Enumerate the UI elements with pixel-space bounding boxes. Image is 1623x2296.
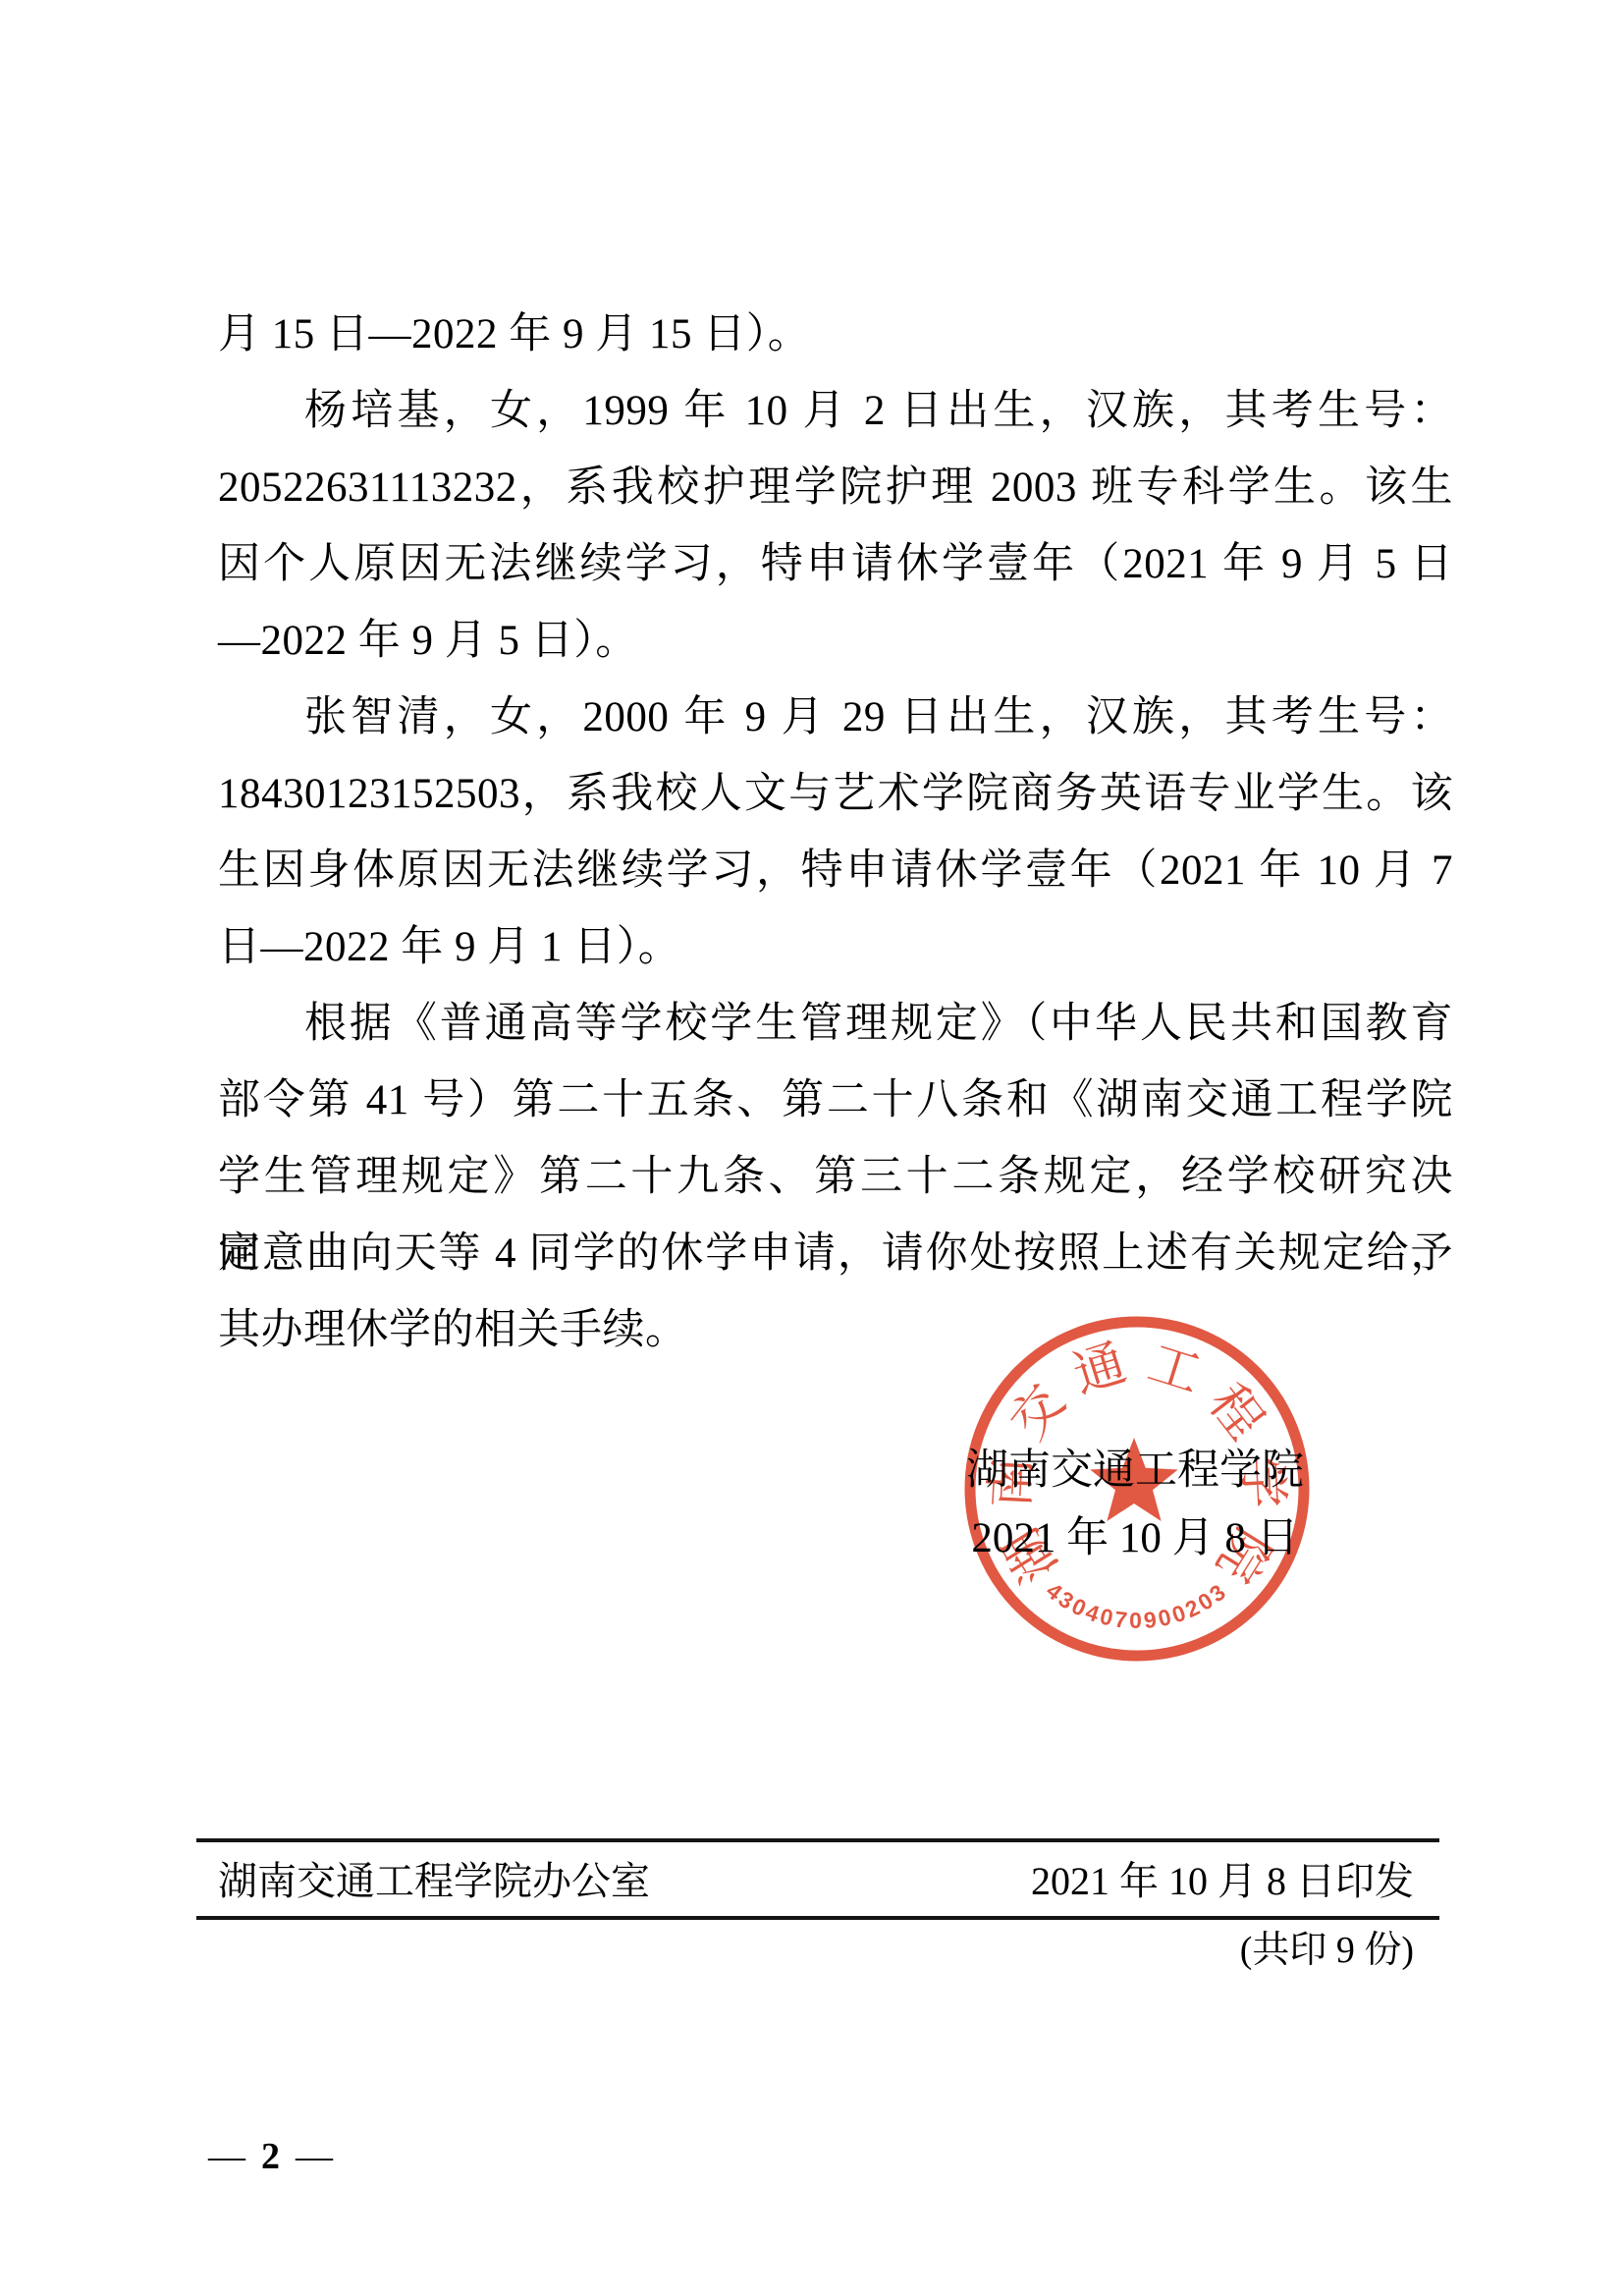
- stamp-code: 4304070900203: [1042, 1577, 1233, 1633]
- footer-issue-date: 2021 年 10 月 8 日印发: [1031, 1850, 1414, 1913]
- body-line: 同意曲向天等 4 同学的休学申请，请你处按照上述有关规定给予: [218, 1216, 1453, 1292]
- body-line: 根据《普通高等学校学生管理规定》（中华人民共和国教育: [218, 986, 1453, 1063]
- body-line: 部令第 41 号）第二十五条、第二十八条和《湖南交通工程学院: [218, 1063, 1453, 1139]
- stamp-ring-char: 南: [983, 1455, 1042, 1509]
- page-number: —2—: [208, 2127, 333, 2186]
- official-stamp-icon: 湖南交通工程学院 4304070900203: [950, 1302, 1324, 1675]
- body-line: 生因身体原因无法继续学习，特申请休学壹年（2021 年 10 月 7: [218, 833, 1453, 909]
- body-line: 学生管理规定》第二十九条、第三十二条规定，经学校研究决定，: [218, 1139, 1453, 1216]
- body-line: 日—2022 年 9 月 1 日）。: [218, 909, 1453, 986]
- body-line: 张智清，女，2000 年 9 月 29 日出生，汉族，其考生号：: [218, 680, 1453, 756]
- body-line: 月 15 日—2022 年 9 月 15 日）。: [218, 297, 1453, 373]
- stamp-star-icon: [1090, 1438, 1177, 1521]
- footer-rule-bottom: [196, 1916, 1439, 1920]
- footer-office: 湖南交通工程学院办公室: [218, 1850, 650, 1913]
- document-body: 月 15 日—2022 年 9 月 15 日）。 杨培基，女，1999 年 10…: [218, 297, 1453, 1369]
- footer-rule-top: [196, 1838, 1439, 1842]
- body-line: —2022 年 9 月 5 日）。: [218, 603, 1453, 680]
- page-number-value: 2: [261, 2136, 280, 2177]
- page-number-dash-right: —: [296, 2136, 333, 2177]
- body-line: 杨培基，女，1999 年 10 月 2 日出生，汉族，其考生号：: [218, 373, 1453, 450]
- body-line: 18430123152503，系我校人文与艺术学院商务英语专业学生。该: [218, 756, 1453, 833]
- document-page: 月 15 日—2022 年 9 月 15 日）。 杨培基，女，1999 年 10…: [0, 0, 1623, 2296]
- page-number-dash-left: —: [208, 2136, 245, 2177]
- body-line: 因个人原因无法继续学习，特申请休学壹年（2021 年 9 月 5 日: [218, 526, 1453, 603]
- stamp-ring-char: 学: [1232, 1455, 1291, 1509]
- body-line: 20522631113232，系我校护理学院护理 2003 班专科学生。该生: [218, 450, 1453, 526]
- footer-copies-count: (共印 9 份): [1240, 1921, 1414, 1980]
- stamp-ring-char: 工: [1142, 1336, 1208, 1404]
- stamp-ring-char: 通: [1067, 1336, 1133, 1404]
